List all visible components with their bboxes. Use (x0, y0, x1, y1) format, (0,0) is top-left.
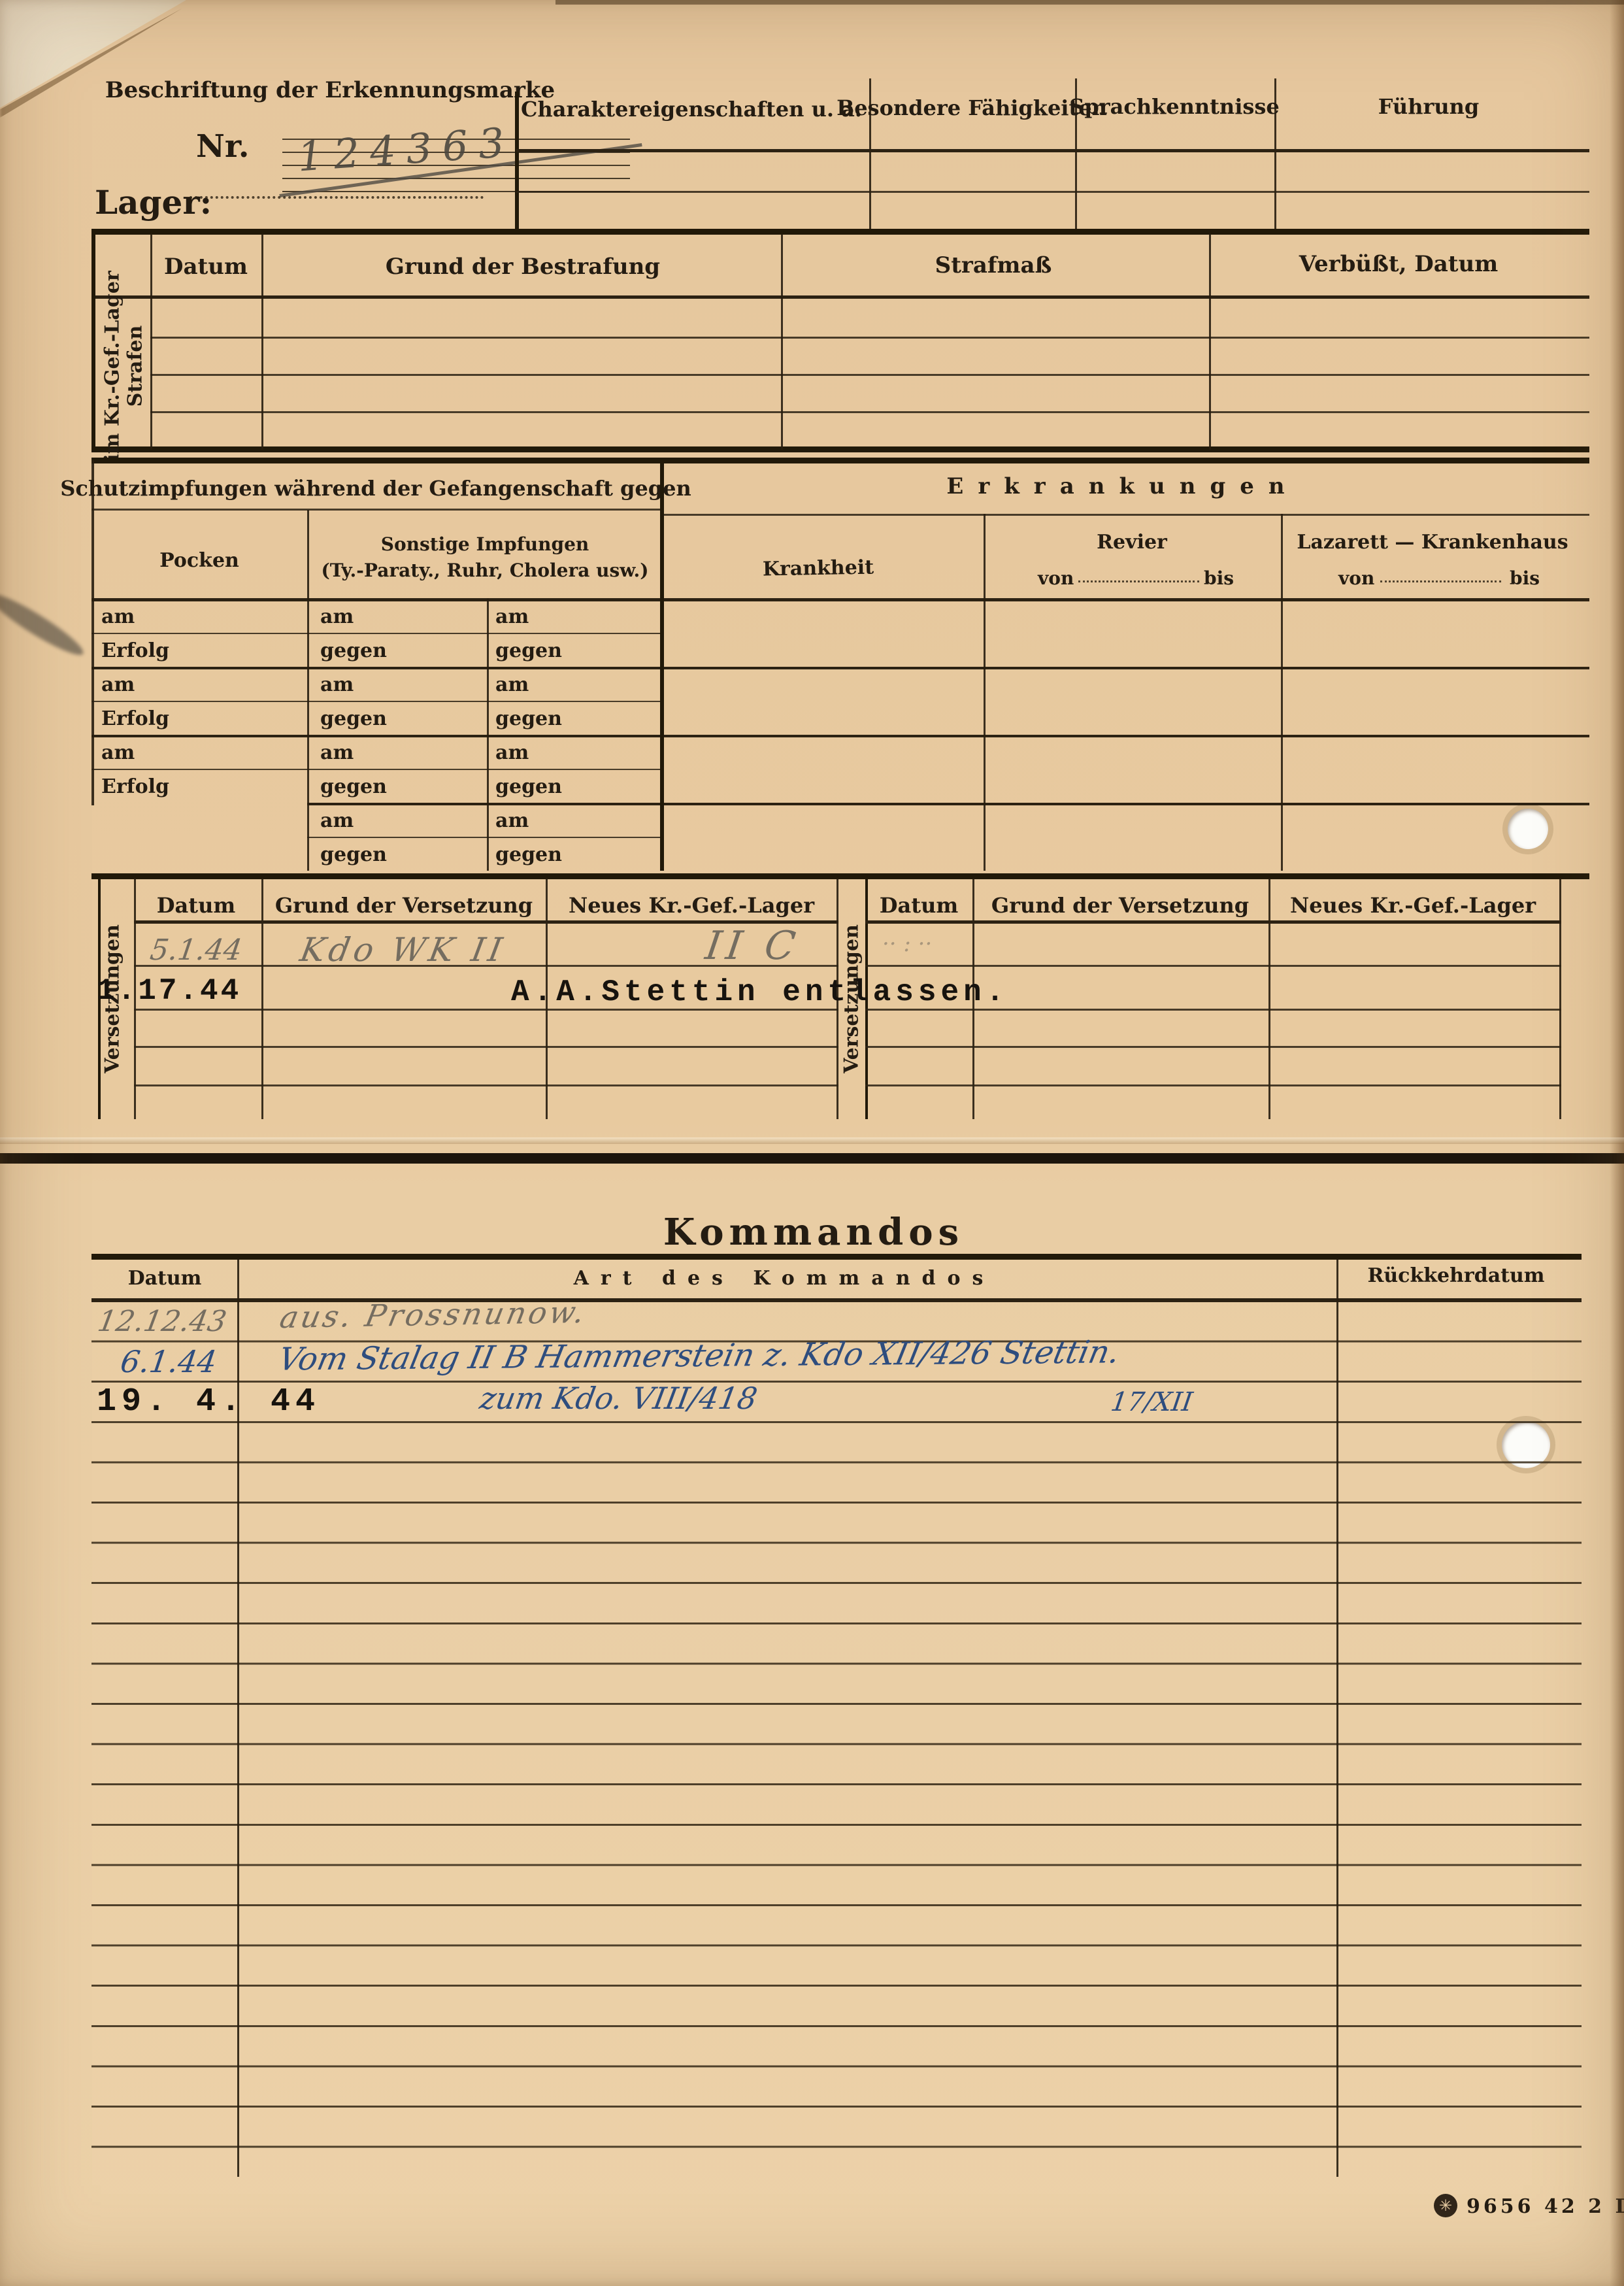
lager-label: Lager: (95, 183, 212, 222)
rule (865, 1084, 1561, 1086)
kommandos-header-art: Art des Kommandos (574, 1267, 995, 1290)
traits-header-fuehrung: Führung (1378, 94, 1479, 119)
rule (261, 234, 263, 450)
punishment-header-verbuesst: Verbüßt, Datum (1299, 251, 1498, 277)
rule (515, 92, 519, 233)
medical-row-label: am (320, 673, 354, 696)
kommandos-header-rueckkehr: Rückkehrdatum (1367, 1264, 1544, 1287)
kommando-row3-note: 17/XII (1109, 1387, 1195, 1417)
medical-row-label: gegen (320, 707, 387, 730)
medical-row-label: gegen (320, 843, 387, 866)
rule (516, 149, 1589, 152)
rule (91, 667, 1589, 669)
medical-row-label: am (495, 809, 529, 832)
medical-row-label: Erfolg (101, 775, 169, 798)
rule (1336, 1259, 1338, 2177)
kommando-row2-art: Vom Stalag II B Hammerstein z. Kdo XII/4… (275, 1334, 1123, 1377)
traits-header-sprachen: Sprachkenntnisse (1069, 94, 1279, 119)
medical-row-label: am (495, 605, 529, 628)
punch-hole (1508, 809, 1548, 849)
medical-row-label: am (495, 741, 529, 764)
medical-row-label: am (320, 741, 354, 764)
kommando-row1-datum: 12.12.43 (95, 1305, 229, 1338)
medical-row-label: gegen (495, 775, 562, 798)
nr-label: Nr. (196, 128, 249, 165)
rule (91, 458, 1589, 463)
rule (150, 411, 1589, 413)
rule (91, 873, 1589, 879)
medical-row-label: Erfolg (101, 639, 169, 662)
rule (91, 633, 660, 634)
rule (307, 837, 660, 838)
kommando-row3-datum: 19. 4. 44 (97, 1383, 320, 1420)
rule (134, 1084, 838, 1086)
rule (1268, 879, 1270, 1119)
rule (660, 460, 664, 871)
medical-row-label: am (101, 673, 135, 696)
rule (91, 509, 660, 511)
medical-row-label: am (320, 809, 354, 832)
medical-row-label: am (320, 605, 354, 628)
traits-header-faehigkeiten: Besondere Fähigkeiten (837, 95, 1107, 120)
transfer-row2-datum-typed: 1.17.44 (97, 974, 241, 1008)
medical-row-label: gegen (320, 639, 387, 662)
medical-row-label: gegen (495, 707, 562, 730)
transfer-row1-datum: 5.1.44 (148, 933, 244, 967)
rule (91, 295, 1589, 299)
nr-value-handwritten: 124363 (296, 118, 516, 180)
transfers-left-header-datum: Datum (157, 893, 235, 918)
transfer-row1-grund: Kdo WK II (297, 931, 509, 969)
rule (660, 514, 1589, 516)
lazarett-von: von (1338, 567, 1374, 589)
col-sonstige-2: (Ty.-Paraty., Ruhr, Cholera usw.) (321, 560, 648, 581)
rule (781, 234, 783, 450)
rule (1559, 879, 1561, 1119)
rule (150, 337, 1589, 339)
rule (1209, 234, 1211, 450)
kommando-row2-datum: 6.1.44 (118, 1344, 219, 1379)
rule (91, 769, 660, 770)
rule (516, 191, 1589, 193)
rule (91, 598, 1589, 601)
lazarett-bis: bis (1510, 567, 1540, 589)
medical-row-label: gegen (495, 843, 562, 866)
rule (865, 1046, 1561, 1048)
rule (150, 374, 1589, 376)
eagle-emblem-icon: ✳ (1434, 2194, 1457, 2217)
transfers-left-header-grund: Grund der Versetzung (275, 893, 533, 918)
rule (91, 446, 1589, 452)
rule (91, 234, 95, 450)
punishment-header-grund: Grund der Bestrafung (386, 254, 660, 280)
ink-smudge (0, 586, 88, 662)
card-divider (0, 1153, 1624, 1164)
rule (307, 803, 1589, 805)
kommandos-title: Kommandos (663, 1211, 964, 1254)
kommando-row3-art: zum Kdo. VIII/418 (477, 1381, 760, 1416)
traits-header-charakter: Charaktereigenschaften u. a. (521, 97, 862, 122)
medical-row-label: gegen (495, 639, 562, 662)
page-edge-top (555, 0, 1624, 5)
vaccination-title: Schutzimpfungen während der Gefangenscha… (60, 476, 691, 501)
punishment-header-datum: Datum (164, 254, 248, 280)
lager-blank-line[interactable] (190, 196, 484, 199)
rule (984, 514, 986, 871)
rule (91, 701, 660, 702)
transfers-right-header-grund: Grund der Versetzung (991, 893, 1249, 918)
fold-crease (0, 1137, 1624, 1144)
rule (865, 920, 1561, 924)
rule (1281, 514, 1283, 871)
transfers-right-header-datum: Datum (880, 893, 958, 918)
punishment-header-strafmass: Strafmaß (935, 252, 1052, 278)
kommandos-header-datum: Datum (128, 1267, 202, 1290)
revier-von: von (1038, 567, 1074, 589)
rule (865, 965, 1561, 967)
rule (91, 460, 94, 805)
medical-row-label: am (495, 673, 529, 696)
rule (91, 1254, 1582, 1260)
rule (150, 234, 152, 450)
medical-row-label: gegen (320, 775, 387, 798)
medical-row-label: am (101, 605, 135, 628)
rule (487, 598, 489, 871)
transfers-right-header-neues: Neues Kr.-Gef.-Lager (1290, 893, 1536, 918)
col-pocken: Pocken (159, 549, 239, 572)
pow-record-card: Beschriftung der Erkennungsmarke Nr. 124… (0, 0, 1624, 2286)
col-revier: Revier (1097, 531, 1167, 554)
punishment-side-label-2: im Kr.-Gef.-Lager (101, 271, 124, 461)
id-block-title: Beschriftung der Erkennungsmarke (105, 77, 555, 103)
transfer-row1-neues: II C (703, 923, 803, 969)
rule (261, 879, 263, 1119)
rule (1380, 580, 1501, 582)
transfer-right-pencil-marks: ·· : ·· (882, 931, 932, 957)
kommando-row1-art: aus. Prossnunow. (277, 1294, 590, 1335)
medical-row-label: Erfolg (101, 707, 169, 730)
rule (91, 735, 1589, 737)
col-lazarett: Lazarett — Krankenhaus (1297, 531, 1568, 554)
rule (1078, 580, 1199, 582)
col-sonstige-1: Sonstige Impfungen (381, 533, 589, 555)
punishment-side-label-1: Strafen (124, 326, 147, 407)
rule (91, 229, 1589, 235)
rule (307, 510, 309, 871)
revier-bis: bis (1204, 567, 1234, 589)
print-code: 9656 42 2 D (1467, 2195, 1624, 2218)
medical-row-label: am (101, 741, 135, 764)
illness-title: Erkrankungen (946, 473, 1299, 499)
transfer-typed-note: A.A.Stettin entlassen. (511, 975, 1008, 1009)
rule (134, 1046, 838, 1048)
col-krankheit: Krankheit (763, 556, 874, 581)
kommandos-ruled-lines (91, 1302, 1582, 2149)
transfers-left-header-neues: Neues Kr.-Gef.-Lager (569, 893, 814, 918)
